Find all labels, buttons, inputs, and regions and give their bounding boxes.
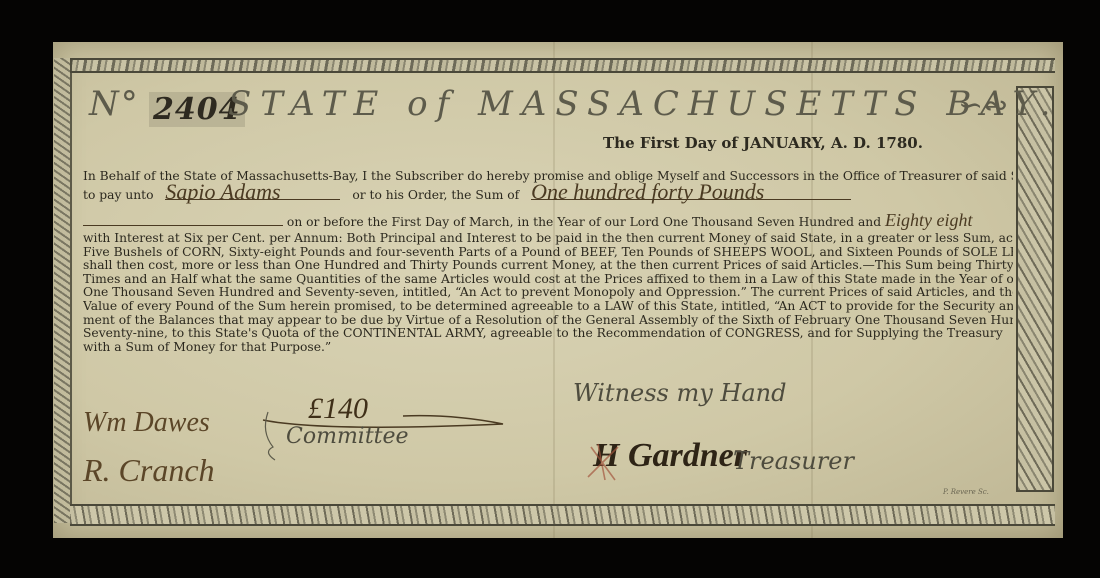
sum-in-words: One hundred forty Pounds (531, 185, 851, 200)
committee-signature-1: Wm Dawes (83, 407, 210, 439)
body-line-11: Seventy-nine, to this State's Quota of t… (83, 327, 1013, 341)
body-line-12: with a Sum of Money for that Purpose.” (83, 341, 1013, 355)
number-label: N° (89, 84, 140, 124)
body-line-9: Value of every Pound of the Sum herein p… (83, 300, 1013, 314)
order-sum-label: or to his Order, the Sum of (352, 188, 519, 202)
note-terms: with Interest at Six per Cent. per Annum… (83, 232, 1013, 354)
ornamental-panel-right (1016, 86, 1054, 492)
ornamental-border-bottom (70, 504, 1055, 526)
year-in-words: Eighty eight (885, 210, 972, 230)
pay-unto-label: to pay unto (83, 188, 154, 202)
due-date-line: on or before the First Day of March, in … (83, 214, 1013, 230)
body-line-4: with Interest at Six per Cent. per Annum… (83, 232, 1013, 246)
date-line: The First Day of JANUARY, A. D. 1780. (603, 134, 923, 152)
body-line-5: Five Bushels of CORN, Sixty-eight Pounds… (83, 246, 1013, 260)
blank-line (83, 225, 283, 226)
due-date-text: on or before the First Day of March, in … (287, 215, 881, 229)
committee-signature-2: R. Cranch (83, 452, 215, 489)
witness-text: Witness my Hand (573, 379, 787, 407)
payee-name: Sapio Adams (165, 185, 340, 200)
cancellation-mark-icon (583, 442, 623, 482)
ornamental-border-left (54, 58, 72, 523)
treasurer-label: Treasurer (733, 447, 854, 475)
committee-label: Committee (286, 424, 409, 449)
body-line-8: One Thousand Seven Hundred and Seventy-s… (83, 286, 1013, 300)
body-line-6: shall then cost, more or less than One H… (83, 259, 1013, 273)
body-line-7: Times and an Half what the same Quantiti… (83, 273, 1013, 287)
treasury-note-document: N° 2404 STATE of MASSACHUSETTS BAY. ∽∾ T… (53, 42, 1063, 538)
ornamental-border-top (70, 58, 1055, 73)
payee-line: to pay unto Sapio Adams or to his Order,… (83, 185, 1013, 211)
document-title: STATE of MASSACHUSETTS BAY. (228, 84, 1059, 124)
engraver-mark: P. Revere Sc. (943, 488, 989, 496)
flourish-icon: ∽∾ (958, 88, 1008, 123)
body-line-10: ment of the Balances that may appear to … (83, 314, 1013, 328)
